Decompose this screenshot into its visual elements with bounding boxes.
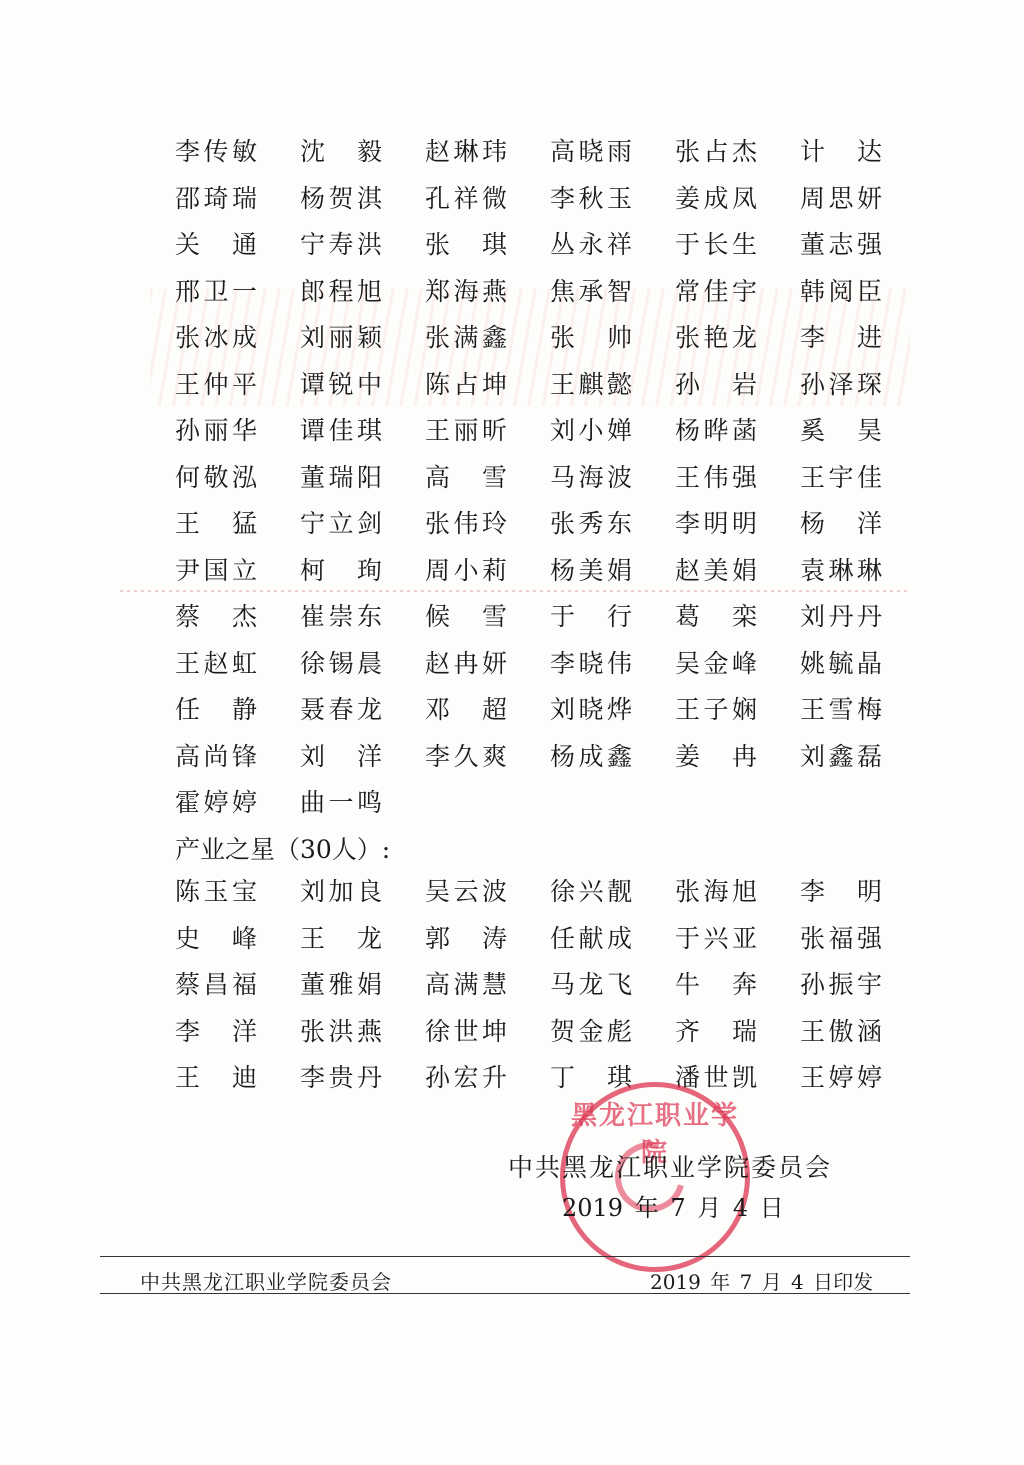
person-name: 郎程旭 [300,272,382,312]
name-row: 任静聂春龙邓超刘晓烨王子娴王雪梅 [175,690,935,730]
person-name: 李晓伟 [550,644,632,684]
person-name: 郭涛 [425,919,507,959]
person-name: 奚昊 [800,411,882,451]
person-name: 宁寿洪 [300,225,382,265]
person-name: 孙振宇 [800,965,882,1005]
person-name: 刘加良 [300,872,382,912]
person-name: 王丽昕 [425,411,507,451]
person-name: 王伟强 [675,458,757,498]
person-name: 张满鑫 [425,318,507,358]
person-name: 蔡杰 [175,597,257,637]
footer-bottom-rule [100,1293,910,1294]
person-name: 郑海燕 [425,272,507,312]
person-name: 尹国立 [175,551,257,591]
person-name: 李久爽 [425,737,507,777]
person-name: 李进 [800,318,882,358]
person-name: 张琪 [425,225,507,265]
person-name: 张福强 [800,919,882,959]
document-page: 李传敏沈毅赵琳玮高晓雨张占杰计达邵琦瑞杨贺淇孔祥微李秋玉姜成凤周思妍关通宁寿洪张… [0,0,1024,1465]
person-name: 邵琦瑞 [175,179,257,219]
person-name: 陈占坤 [425,365,507,405]
person-name: 王婷婷 [800,1058,882,1098]
name-row: 孙丽华谭佳琪王丽昕刘小婵杨晔菡奚昊 [175,411,935,451]
name-row: 关通宁寿洪张琪丛永祥于长生董志强 [175,225,935,265]
person-name: 徐兴靓 [550,872,632,912]
person-name: 赵琳玮 [425,132,507,172]
name-row: 陈玉宝刘加良吴云波徐兴靓张海旭李明 [175,872,935,912]
person-name: 贺金彪 [550,1012,632,1052]
footer-issue-date: 2019 年 7 月 4 日印发 [650,1266,873,1295]
person-name: 袁琳琳 [800,551,882,591]
person-name: 孔祥微 [425,179,507,219]
person-name: 王傲涵 [800,1012,882,1052]
person-name: 刘小婵 [550,411,632,451]
person-name: 李洋 [175,1012,257,1052]
person-name: 张帅 [550,318,632,358]
person-name: 王麒懿 [550,365,632,405]
person-name: 王猛 [175,504,257,544]
name-row: 王迪李贵丹孙宏升丁琪潘世凯王婷婷 [175,1058,935,1098]
person-name: 张秀东 [550,504,632,544]
person-name: 谭锐中 [300,365,382,405]
person-name: 王宇佳 [800,458,882,498]
person-name: 赵美娟 [675,551,757,591]
person-name: 焦承智 [550,272,632,312]
person-name: 李传敏 [175,132,257,172]
person-name: 王赵虹 [175,644,257,684]
person-name: 刘丽颖 [300,318,382,358]
name-row: 王仲平谭锐中陈占坤王麒懿孙岩孙泽琛 [175,365,935,405]
person-name: 张海旭 [675,872,757,912]
person-name: 任献成 [550,919,632,959]
person-name: 丛永祥 [550,225,632,265]
person-name: 杨成鑫 [550,737,632,777]
person-name: 葛栾 [675,597,757,637]
person-name: 聂春龙 [300,690,382,730]
person-name: 徐世坤 [425,1012,507,1052]
name-row: 高尚锋刘洋李久爽杨成鑫姜冉刘鑫磊 [175,737,935,777]
person-name: 王龙 [300,919,382,959]
name-row: 王猛宁立剑张伟玲张秀东李明明杨洋 [175,504,935,544]
person-name: 周小莉 [425,551,507,591]
person-name: 姚毓晶 [800,644,882,684]
person-name: 刘洋 [300,737,382,777]
person-name: 杨洋 [800,504,882,544]
person-name: 董雅娟 [300,965,382,1005]
person-name: 徐锡晨 [300,644,382,684]
person-name: 张伟玲 [425,504,507,544]
person-name: 赵冉妍 [425,644,507,684]
person-name: 王子娴 [675,690,757,730]
person-name: 孙岩 [675,365,757,405]
person-name: 姜冉 [675,737,757,777]
footer-issuer: 中共黑龙江职业学院委员会 [140,1266,392,1295]
person-name: 于兴亚 [675,919,757,959]
person-name: 吴金峰 [675,644,757,684]
person-name: 韩阅臣 [800,272,882,312]
person-name: 董瑞阳 [300,458,382,498]
person-name: 董志强 [800,225,882,265]
person-name: 孙丽华 [175,411,257,451]
person-name: 张洪燕 [300,1012,382,1052]
person-name: 李秋玉 [550,179,632,219]
person-name: 于长生 [675,225,757,265]
person-name: 李明明 [675,504,757,544]
person-name: 沈毅 [300,132,382,172]
person-name: 姜成凤 [675,179,757,219]
name-row: 尹国立柯珣周小莉杨美娟赵美娟袁琳琳 [175,551,935,591]
name-row: 史峰王龙郭涛任献成于兴亚张福强 [175,919,935,959]
person-name: 常佳宇 [675,272,757,312]
person-name: 史峰 [175,919,257,959]
person-name: 陈玉宝 [175,872,257,912]
section-title-industry-stars: 产业之星（30人）: [175,830,390,870]
person-name: 马龙飞 [550,965,632,1005]
name-row: 何敬泓董瑞阳高雪马海波王伟强王宇佳 [175,458,935,498]
name-row: 霍婷婷曲一鸣 [175,783,935,823]
person-name: 关通 [175,225,257,265]
person-name: 候雪 [425,597,507,637]
person-name: 任静 [175,690,257,730]
person-name: 王雪梅 [800,690,882,730]
name-row: 李洋张洪燕徐世坤贺金彪齐瑞王傲涵 [175,1012,935,1052]
person-name: 高雪 [425,458,507,498]
person-name: 邢卫一 [175,272,257,312]
person-name: 王迪 [175,1058,257,1098]
person-name: 孙宏升 [425,1058,507,1098]
person-name: 牛奔 [675,965,757,1005]
name-row: 邢卫一郎程旭郑海燕焦承智常佳宇韩阅臣 [175,272,935,312]
name-row: 邵琦瑞杨贺淇孔祥微李秋玉姜成凤周思妍 [175,179,935,219]
person-name: 齐瑞 [675,1012,757,1052]
person-name: 吴云波 [425,872,507,912]
signature-date: 2019 年 7 月 4 日 [562,1188,784,1223]
name-row: 李传敏沈毅赵琳玮高晓雨张占杰计达 [175,132,935,172]
name-row: 蔡昌福董雅娟高满慧马龙飞牛奔孙振宇 [175,965,935,1005]
person-name: 何敬泓 [175,458,257,498]
person-name: 刘晓烨 [550,690,632,730]
name-row: 王赵虹徐锡晨赵冉妍李晓伟吴金峰姚毓晶 [175,644,935,684]
name-row: 蔡杰崔崇东候雪于行葛栾刘丹丹 [175,597,935,637]
name-row: 张冰成刘丽颖张满鑫张帅张艳龙李进 [175,318,935,358]
person-name: 柯珣 [300,551,382,591]
person-name: 高尚锋 [175,737,257,777]
person-name: 计达 [800,132,882,172]
person-name: 崔崇东 [300,597,382,637]
person-name: 周思妍 [800,179,882,219]
person-name: 马海波 [550,458,632,498]
person-name: 邓超 [425,690,507,730]
person-name: 高晓雨 [550,132,632,172]
person-name: 张占杰 [675,132,757,172]
person-name: 蔡昌福 [175,965,257,1005]
person-name: 谭佳琪 [300,411,382,451]
person-name: 张艳龙 [675,318,757,358]
person-name: 张冰成 [175,318,257,358]
person-name: 李贵丹 [300,1058,382,1098]
person-name: 刘鑫磊 [800,737,882,777]
person-name: 王仲平 [175,365,257,405]
person-name: 霍婷婷 [175,783,257,823]
person-name: 李明 [800,872,882,912]
person-name: 刘丹丹 [800,597,882,637]
footer-top-rule [100,1256,910,1257]
person-name: 宁立剑 [300,504,382,544]
person-name: 杨晔菡 [675,411,757,451]
person-name: 高满慧 [425,965,507,1005]
signature-org: 中共黑龙江职业学院委员会 [508,1148,832,1184]
person-name: 孙泽琛 [800,365,882,405]
person-name: 于行 [550,597,632,637]
person-name: 杨贺淇 [300,179,382,219]
person-name: 杨美娟 [550,551,632,591]
person-name: 曲一鸣 [300,783,382,823]
